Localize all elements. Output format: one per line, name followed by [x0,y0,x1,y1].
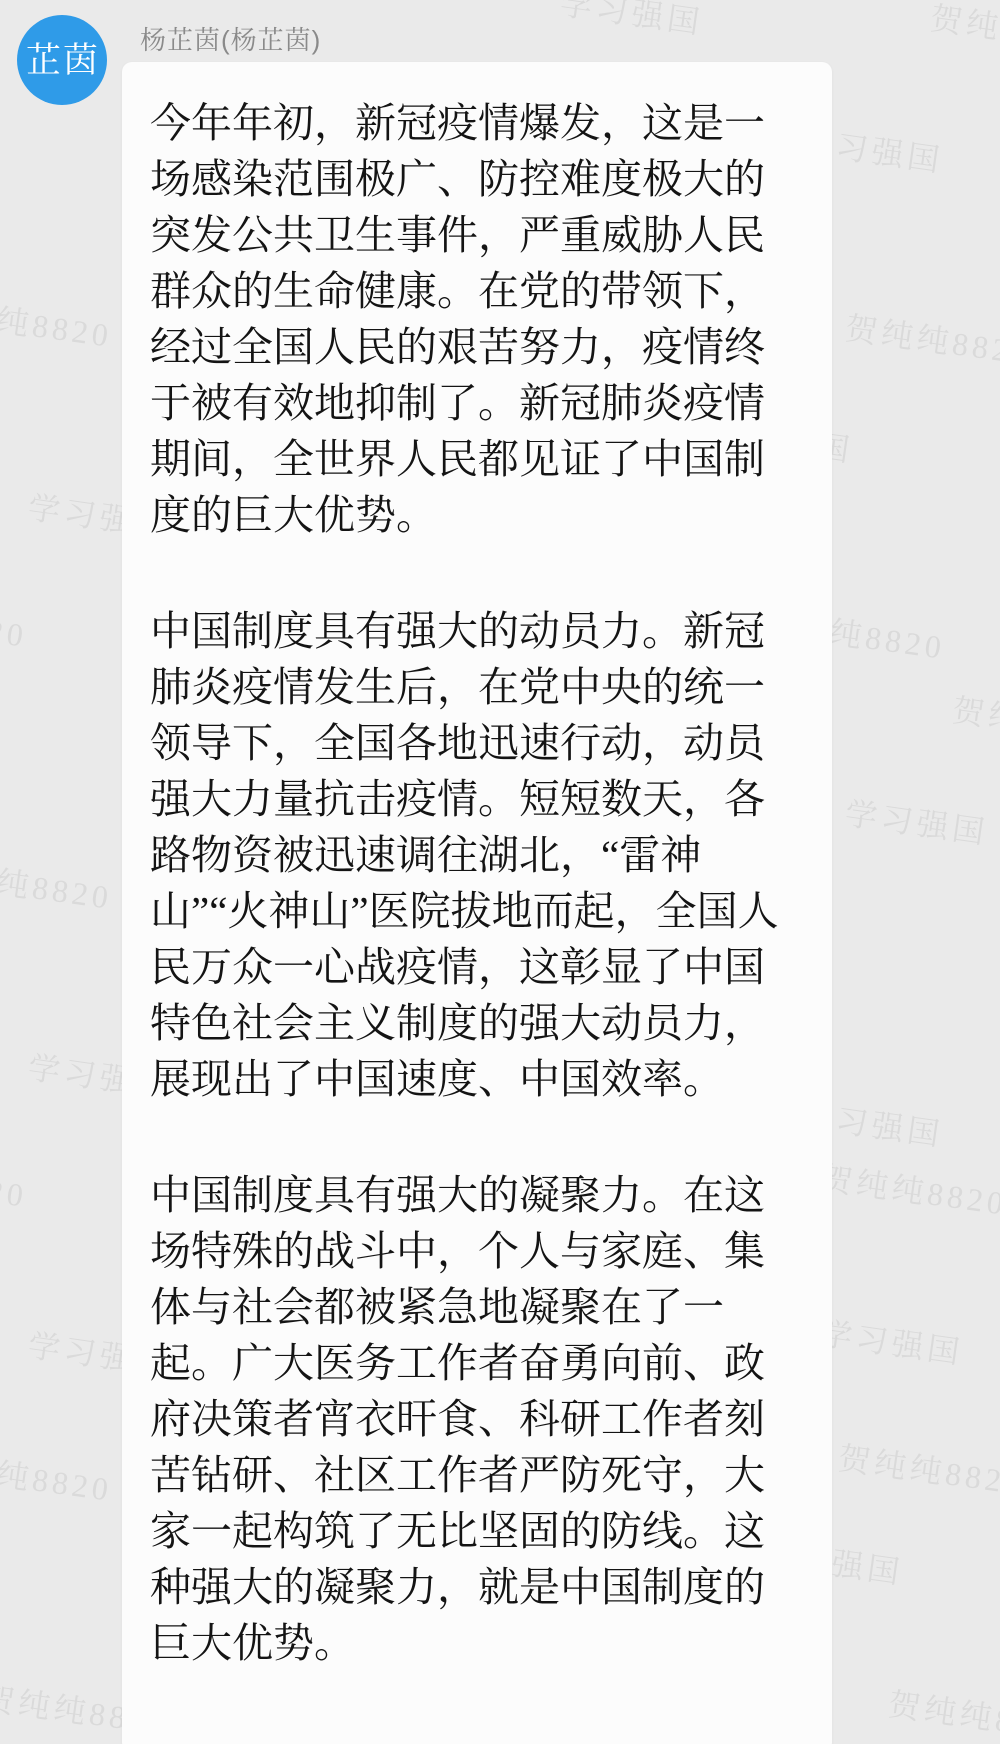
avatar-initials: 芷茵 [24,43,100,78]
message-paragraph-1: 今年年初，新冠疫情爆发，这是一场感染范围极广、防控难度极大的突发公共卫生事件，严… [150,95,782,543]
watermark-text: 贺纯纯8820 [0,847,115,919]
watermark-text: 贺纯纯8820 [950,685,1000,757]
watermark-text: 学习强国 [817,1308,966,1374]
watermark-text: 学习强国 [842,788,991,854]
avatar[interactable]: 芷茵 [17,15,107,105]
chat-screen: 学习强国贺纯纯8820学习强国贺纯纯8820贺纯纯8820学习强国学习强国贺纯纯… [0,0,1000,1744]
watermark-text: 贺纯纯8820 [818,1153,1000,1225]
watermark-text: 贺纯纯8820 [0,585,30,657]
watermark-text: 贺纯纯8820 [0,285,115,357]
watermark-text: 贺纯纯8820 [0,1439,115,1511]
watermark-text: 学习强国 [557,0,706,44]
watermark-text: 贺纯纯8820 [886,1679,1000,1744]
message-bubble[interactable]: 今年年初，新冠疫情爆发，这是一场感染范围极广、防控难度极大的突发公共卫生事件，严… [122,62,832,1744]
sender-name: 杨芷茵(杨芷茵) [140,20,321,57]
message-paragraph-3: 中国制度具有强大的凝聚力。在这场特殊的战斗中，个人与家庭、集体与社会都被紧急地凝… [150,1167,782,1671]
watermark-text: 贺纯纯8820 [836,1433,1000,1505]
watermark-text: 贺纯纯8820 [0,1145,30,1217]
watermark-text: 贺纯纯8820 [928,0,1000,65]
watermark-text: 贺纯纯8820 [843,303,1000,375]
message-paragraph-2: 中国制度具有强大的动员力。新冠肺炎疫情发生后，在党中央的统一领导下，全国各地迅速… [150,603,782,1107]
